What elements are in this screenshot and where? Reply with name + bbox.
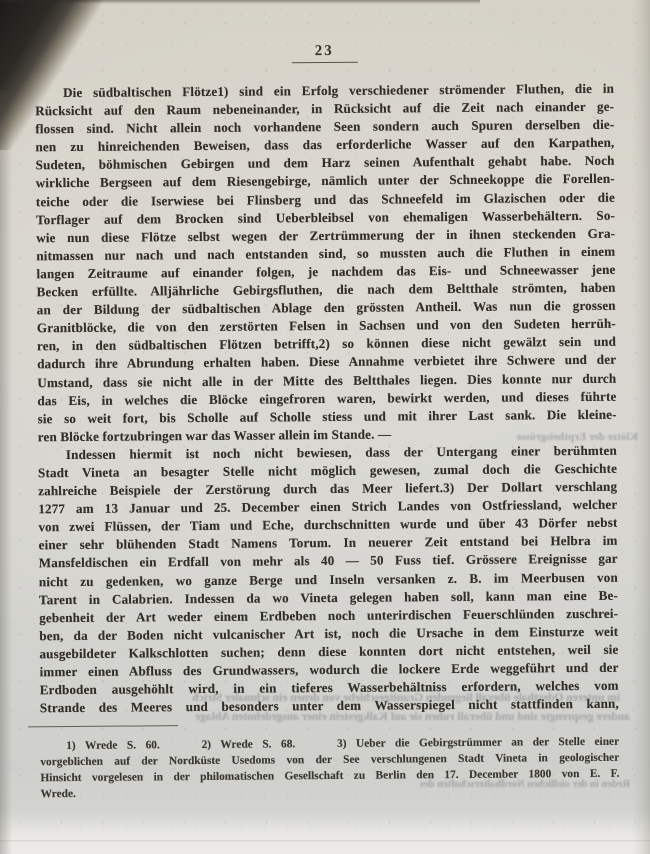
page-number-rule [291, 62, 357, 64]
page-header: 23 [35, 40, 614, 66]
body-text-line: Strande des Meeres und besonders unter d… [40, 695, 619, 718]
page-content: 23 Die südbaltischen Flötze1) sind ein E… [0, 0, 650, 854]
footnote-text: 1) Wrede S. 60. 2) Wrede S. 68. 3) Ueber… [40, 734, 619, 803]
book-page-photo: 23 Die südbaltischen Flötze1) sind ein E… [0, 0, 650, 854]
footnote-separator [28, 725, 178, 727]
body-text: Die südbaltischen Flötze1) sind ein Erfo… [35, 80, 619, 718]
page-number: 23 [315, 42, 334, 60]
